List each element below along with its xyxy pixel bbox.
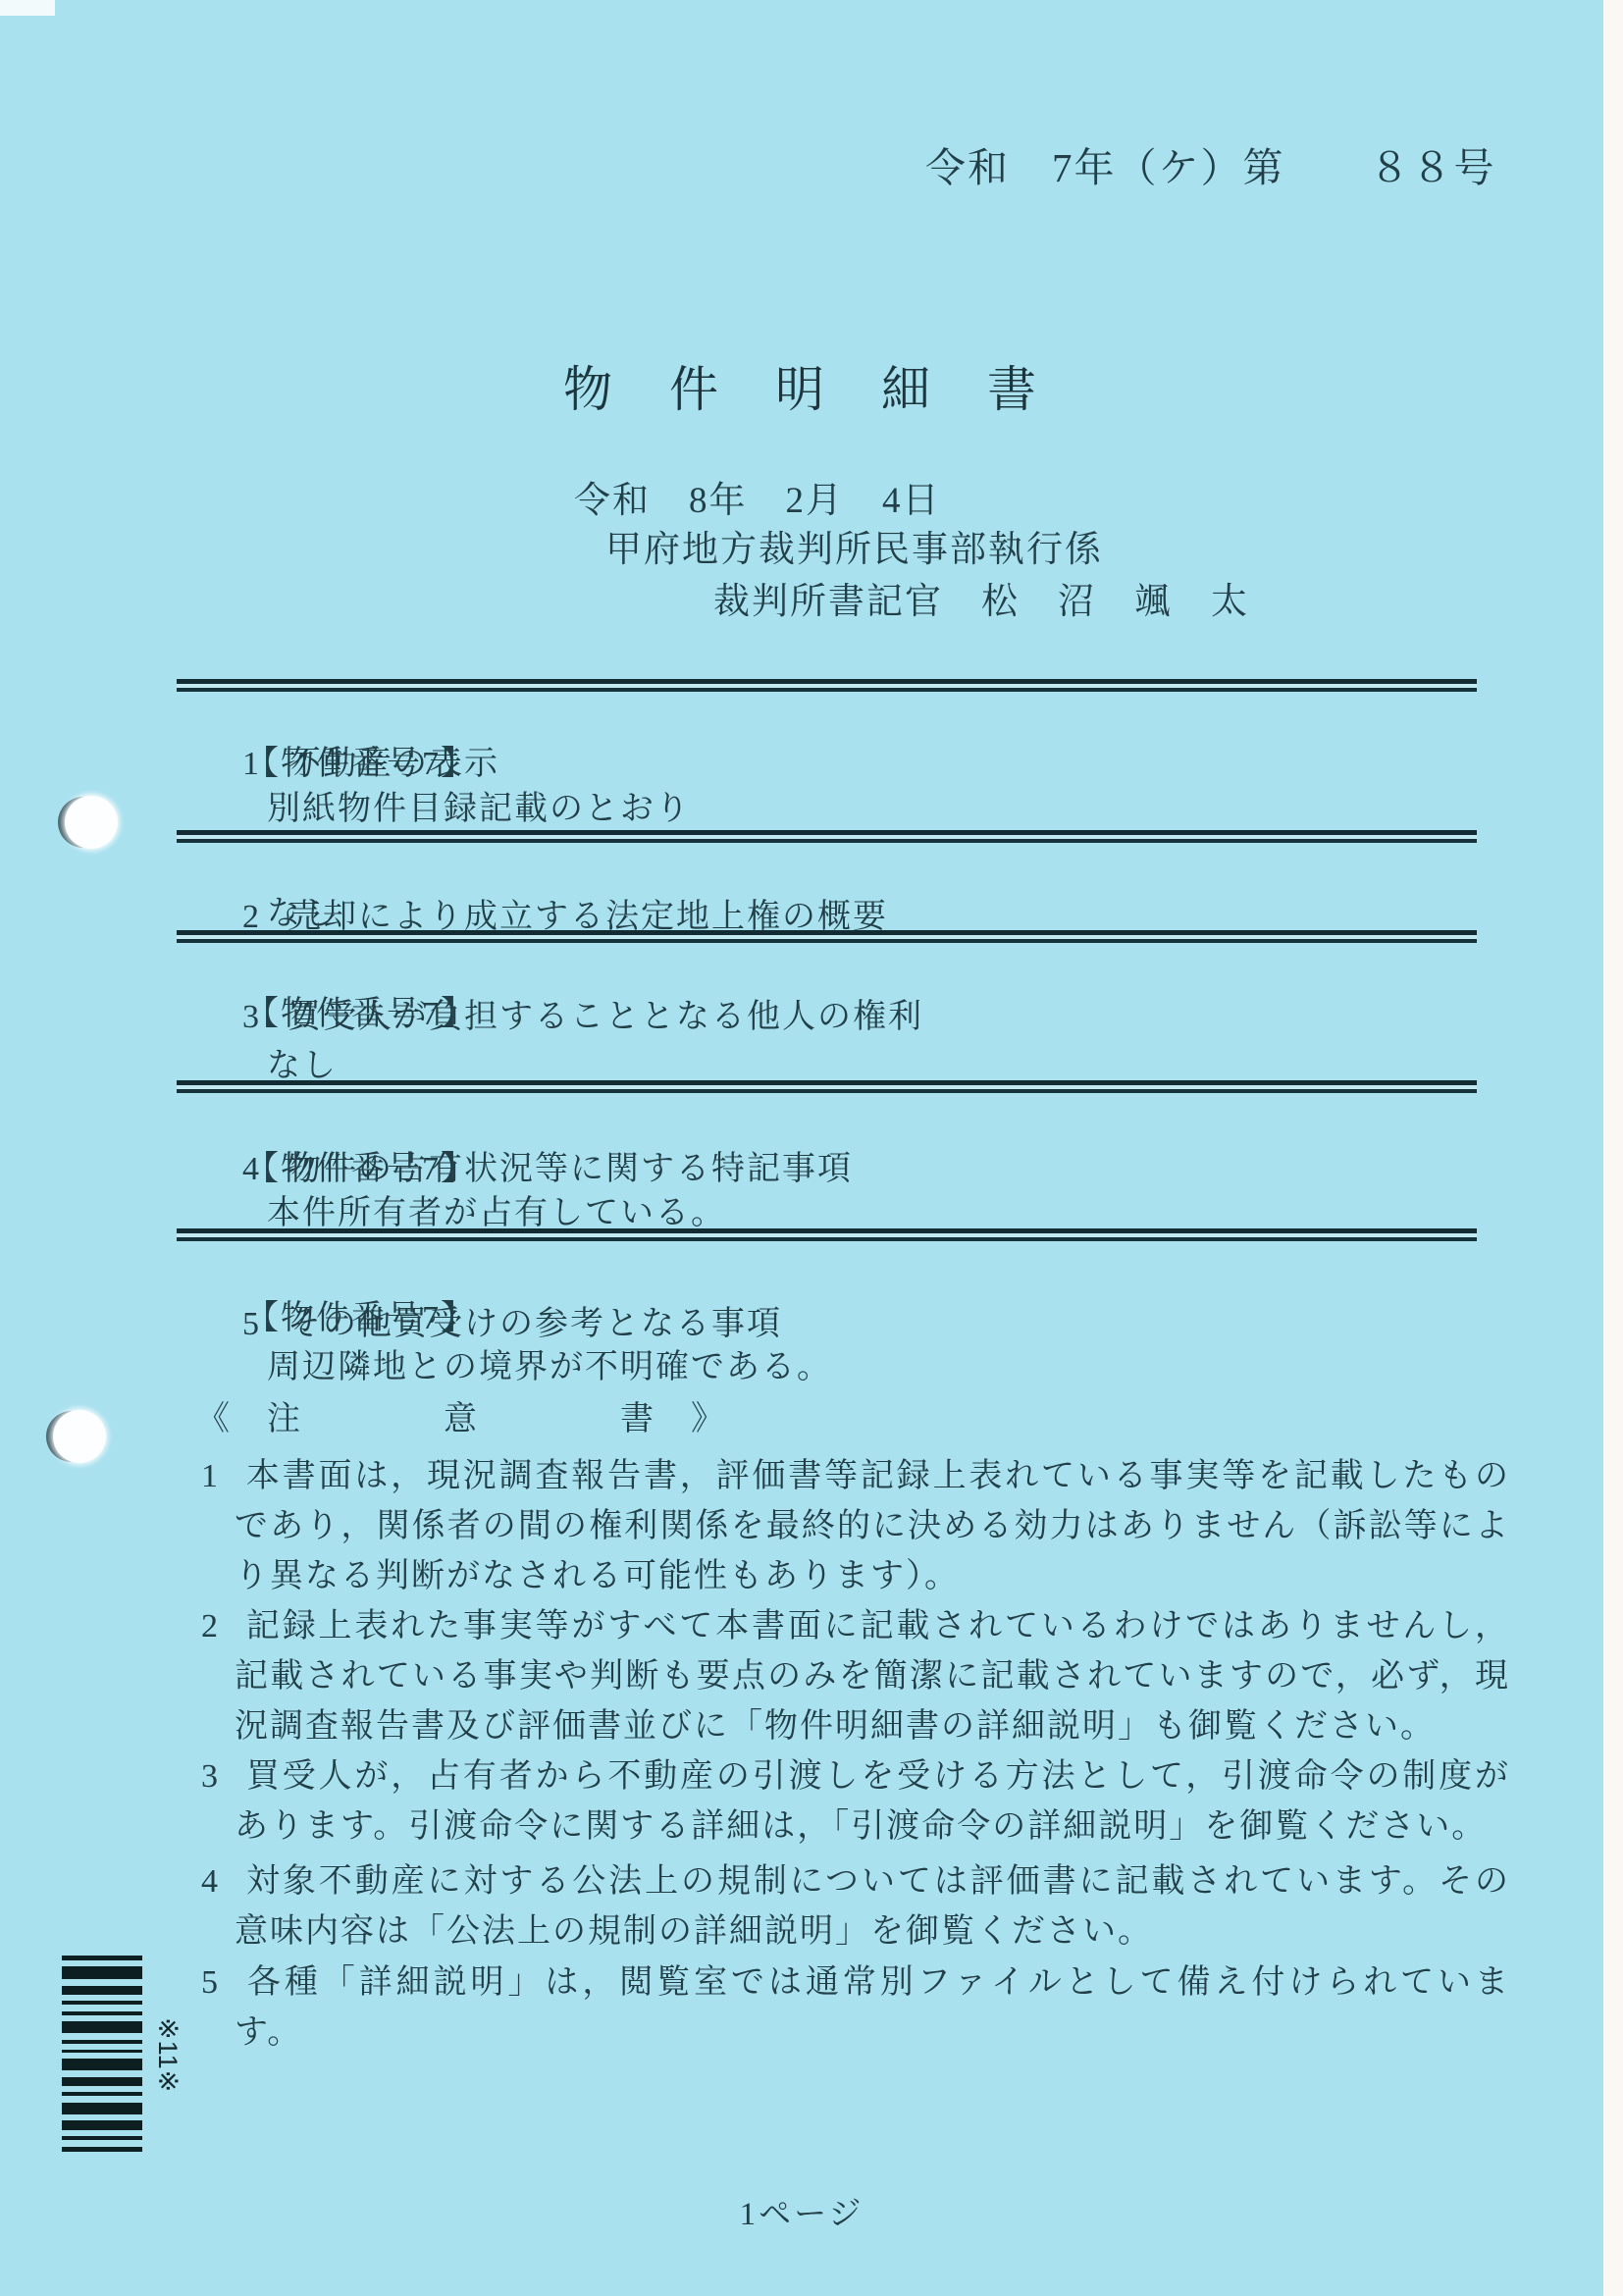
notice-item-2: 2記録上表れた事実等がすべて本書面に記載されているわけではありませんし，記載され… [201,1601,1510,1751]
page-number: 1ページ [0,2188,1603,2234]
notice-item-4: 4対象不動産に対する公法上の規制については評価書に記載されています。その意味内容… [201,1856,1510,1957]
notice-item-text: 対象不動産に対する公法上の規制については評価書に記載されています。その意味内容は… [235,1863,1510,1950]
notice-item-number: 2 [201,1608,220,1644]
notice-item-text: 記録上表れた事実等がすべて本書面に記載されているわけではありませんし，記載されて… [235,1608,1510,1745]
divider-double-rule [177,1080,1477,1093]
issue-date: 令和 8年 2月 4日 [574,479,941,524]
court-office: 甲府地方裁判所民事部執行係 [605,528,1103,573]
notice-item-number: 3 [201,1758,220,1795]
notice-item-text: 買受人が，占有者から不動産の引渡しを受ける方法として，引渡命令の制度があります。… [235,1758,1510,1845]
notice-item-number: 5 [201,1964,220,2001]
section-3-property-number: 【物件番号7】 [245,990,476,1039]
case-number: 令和 7年（ケ）第 ８８号 [925,143,1496,192]
divider-double-rule [177,830,1477,843]
barcode [62,1956,142,2152]
notice-item-3: 3買受人が，占有者から不動産の引渡しを受ける方法として，引渡命令の制度があります… [201,1751,1510,1852]
notice-heading: 《 注 意 書 》 [196,1395,726,1444]
notice-item-text: 本書面は，現況調査報告書，評価書等記録上表れている事実等を記載したものであり，関… [235,1458,1510,1594]
notice-item-number: 1 [201,1458,220,1494]
section-1-property-number: 【物件番号7】 [245,740,476,789]
barcode-label: ※11※ [152,2017,183,2093]
notice-item-text: 各種「詳細説明」は，閲覧室では通常別ファイルとして備え付けられています。 [235,1964,1510,2051]
court-clerk: 裁判所書記官 松 沼 颯 太 [713,580,1249,625]
punch-hole-circle [65,796,118,849]
divider-double-rule [177,1228,1477,1241]
scanned-document-page: 令和 7年（ケ）第 ８８号 物 件 明 細 書 令和 8年 2月 4日 甲府地方… [0,0,1623,2296]
punch-hole-circle [53,1410,106,1463]
scan-corner [0,0,55,16]
section-4-property-number: 【物件番号7】 [245,1145,476,1194]
notice-item-5: 5各種「詳細説明」は，閲覧室では通常別ファイルとして備え付けられています。 [201,1957,1510,2058]
section-5-content: 周辺隣地との境界が不明確である。 [267,1343,832,1392]
divider-double-rule [177,930,1477,943]
section-1-content: 別紙物件目録記載のとおり [267,785,691,834]
notice-item-number: 4 [201,1863,220,1900]
document-title: 物 件 明 細 書 [0,360,1603,419]
notice-item-1: 1本書面は，現況調査報告書，評価書等記録上表れている事実等を記載したものであり，… [201,1451,1510,1601]
scan-edge [1603,0,1623,2296]
section-5-property-number: 【物件番号7】 [245,1294,476,1343]
